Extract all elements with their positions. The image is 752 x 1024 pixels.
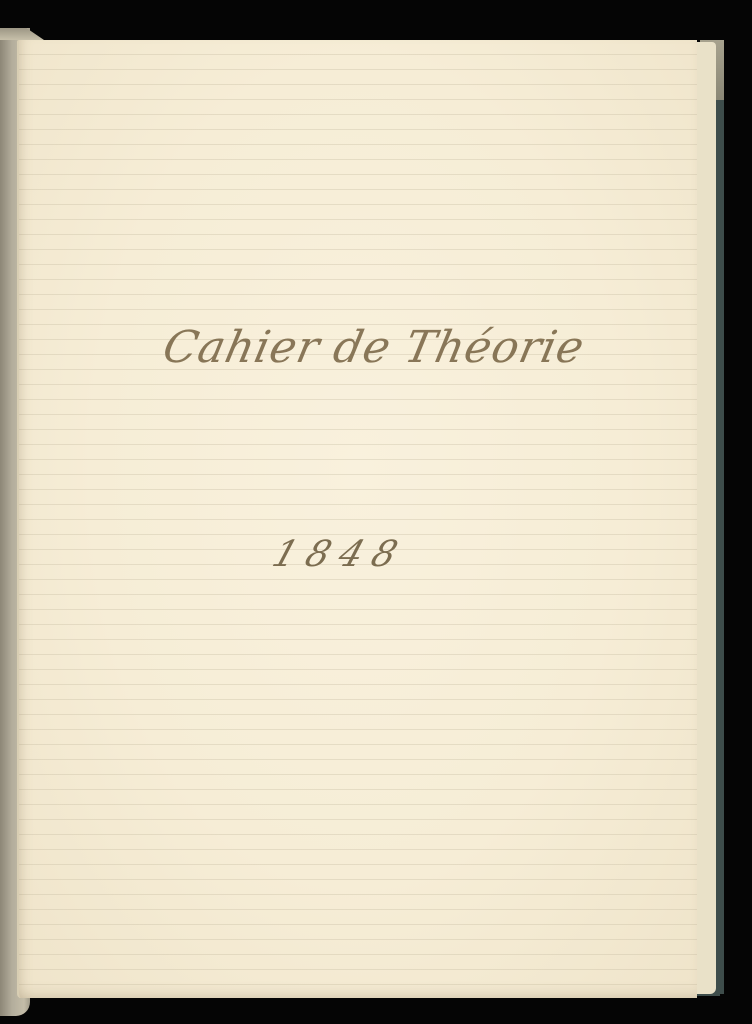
notebook-page: Cahier de Théorie 1848 — [17, 40, 697, 998]
page-year: 1848 — [267, 534, 412, 575]
page-title: Cahier de Théorie — [159, 322, 490, 373]
left-page-corner — [0, 28, 44, 40]
